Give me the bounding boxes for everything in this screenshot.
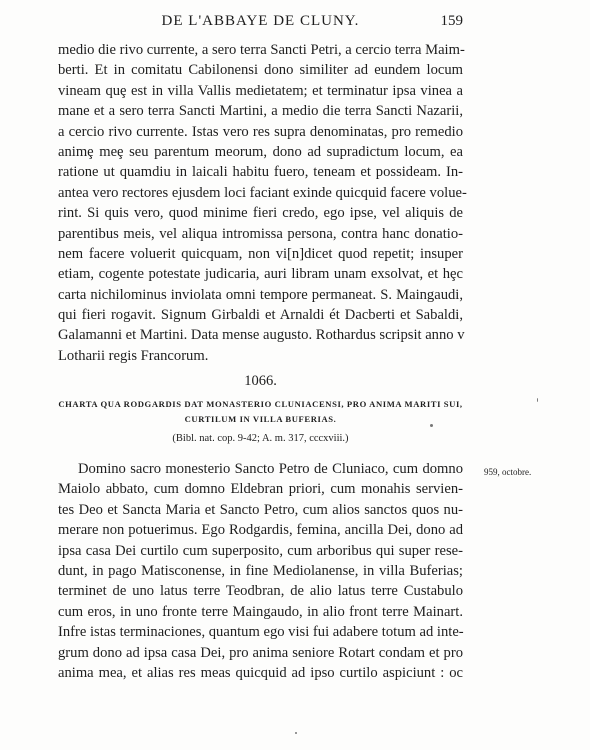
text-line: terminet de uno latus terre Teodbran, de… [58, 581, 463, 601]
text-line: antea vero rectores ejusdem loci faciant… [58, 183, 463, 203]
text-line: etiam, cogente potestate judicaria, auri… [58, 264, 463, 284]
text-line: tes Deo et Sancta Maria et Sancto Petro,… [58, 500, 463, 520]
running-title: DE L'ABBAYE DE CLUNY. [58, 13, 463, 30]
charter-title-line: CHARTA QUA RODGARDIS DAT MONASTERIO CLUN… [58, 397, 463, 412]
charter-title-line: CURTILUM IN VILLA BUFERIAS. [58, 412, 463, 427]
text-line: Infre istas terminaciones, quantum ego v… [58, 622, 463, 642]
text-line: Galamanni et Martini. Data mense augusto… [58, 325, 463, 345]
page-header: DE L'ABBAYE DE CLUNY. 159 [58, 11, 463, 33]
text-line: Maiolo abbato, cum domno Eldebran priori… [58, 479, 463, 499]
text-line: Lotharii regis Francorum. [58, 346, 463, 366]
text-line: carta nichilominus inviolata omni tempor… [58, 285, 463, 305]
text-line: animȩ meȩ seu parentum meorum, dono ad s… [58, 142, 463, 162]
margin-date: 959, octobre. [484, 467, 531, 477]
text-line: rint. Si quis vero, quod minime fieri cr… [58, 203, 463, 223]
text-line: a cercio rivo currente. Istas vero res s… [58, 122, 463, 142]
text-line: ipsa casa Dei curtilo cum superposito, c… [58, 541, 463, 561]
text-line: cum eros, in uno fronte terre Maingaudo,… [58, 602, 463, 622]
text-line: nem facere voluerit quicquam, non vi[n]d… [58, 244, 463, 264]
text-line: mane et a sero terra Sancti Martini, a m… [58, 101, 463, 121]
text-line: dunt, in pago Matisconense, in fine Medi… [58, 561, 463, 581]
scan-speck [430, 424, 433, 427]
text-line: parentibus meis, vel aliqua intromissa p… [58, 224, 463, 244]
text-line: vineam quȩ est in villa Vallis medietate… [58, 81, 463, 101]
scan-speck [295, 732, 297, 734]
charter-number: 1066. [58, 373, 463, 390]
text-line: berti. Et in comitatu Cabilonensi dono s… [58, 60, 463, 80]
text-line: qui fieri rogavit. Signum Girbaldi et Ar… [58, 305, 463, 325]
charter-text: Domino sacro monesterio Sancto Petro de … [58, 459, 463, 683]
text-line: medio die rivo currente, a sero terra Sa… [58, 40, 463, 60]
text-line: Domino sacro monesterio Sancto Petro de … [58, 459, 463, 479]
previous-charter-text: medio die rivo currente, a sero terra Sa… [58, 40, 463, 366]
charter-title: CHARTA QUA RODGARDIS DAT MONASTERIO CLUN… [58, 397, 463, 427]
page-number: 159 [441, 13, 464, 30]
text-line: merare non potuerimus. Ego Rodgardis, fe… [58, 520, 463, 540]
text-line: anima mea, et alias res meas quicquid ad… [58, 663, 463, 683]
source-reference: (Bibl. nat. cop. 9-42; A. m. 317, cccxvi… [58, 433, 463, 444]
text-line: grum dono ad ipsa casa Dei, pro anima se… [58, 643, 463, 663]
scan-speck [537, 398, 538, 402]
text-line: ratione ut quamdiu in laicali habitu fue… [58, 162, 463, 182]
